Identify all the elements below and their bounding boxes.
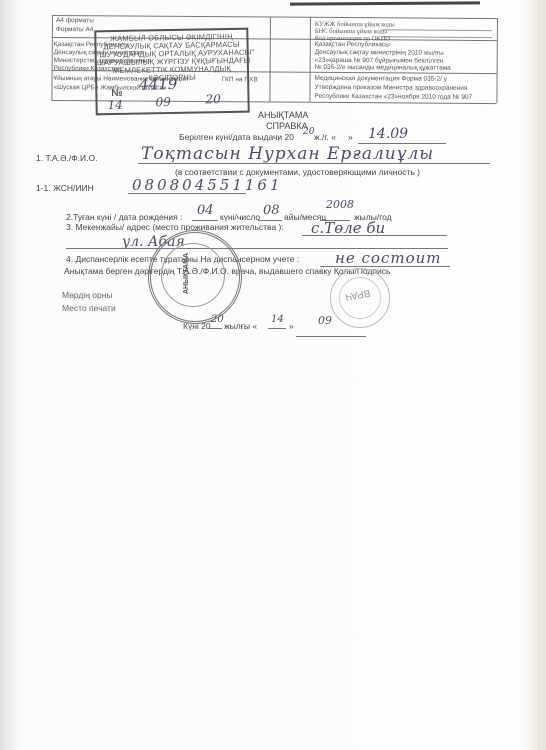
doctor-round-stamp: ВРАЧ — [330, 268, 390, 328]
format-ru: Форматы А4 — [56, 26, 94, 34]
stamp-date-month: 09 — [155, 95, 171, 109]
code-line — [382, 29, 492, 31]
format-kz: А4 форматы — [56, 17, 94, 25]
registration-stamp: ЖАМБЫЛ ОБЛЫСЫ ӘКІМДІГІНІҢ ДЕНСАУЛЫҚ САҚТ… — [94, 28, 249, 116]
dob-month-line — [258, 220, 282, 221]
stamp-number-value: 4419 — [139, 75, 177, 94]
stamp-inner-ring — [161, 243, 225, 307]
seal-place-ru: Место печати — [62, 303, 116, 313]
approval-ru-1: Утверждена приказом Министра здравоохран… — [314, 84, 467, 93]
approval-ru-2: Республики Казахстан «23»ноября 2010 год… — [314, 93, 472, 102]
table-border — [52, 15, 497, 19]
footer-year-line — [208, 328, 222, 329]
table-border — [496, 18, 498, 103]
dispensary-value: не состоит — [335, 249, 442, 267]
dob-year: 2008 — [326, 198, 354, 211]
dob-day-line — [192, 220, 218, 221]
fio-label: 1. Т.А.Ә./Ф.И.О. — [36, 153, 97, 163]
footer-month-line — [296, 336, 366, 337]
title-ru: СПРАВКА — [266, 121, 308, 131]
approval-kz-3: № 035-2/е нысанды медициналық құжаттама — [315, 64, 451, 73]
footer-date-day: 14 — [271, 314, 284, 325]
scan-edge-shadow — [290, 1, 480, 5]
scanned-page: А4 форматы Форматы А4 Қазақстан Республи… — [0, 0, 546, 750]
stamp-date-year: 20 — [205, 92, 221, 106]
approval-ru-0: Медицинская документация Форма 035-2/ у — [315, 75, 447, 84]
table-border — [309, 17, 311, 102]
dob-day-suffix: күні/число — [220, 212, 260, 222]
dob-day: 04 — [197, 203, 214, 218]
code-line — [382, 36, 492, 38]
address-line — [302, 235, 447, 236]
issue-date-label: Берілген күні/дата выдачи 20 — [179, 132, 294, 142]
footer-day-line — [268, 328, 286, 329]
stamp-date-day: 14 — [107, 98, 123, 112]
footer-date-close: » — [289, 321, 294, 331]
fio-value: Тоқтасын Нурхан Ерғалиұлы — [141, 144, 434, 164]
address-label: 3. Мекенжайы/ адрес (место проживания жи… — [66, 222, 284, 232]
fio-line — [138, 163, 490, 164]
page-edge — [538, 0, 540, 750]
issue-date-mid: » — [348, 132, 353, 142]
footer-date-month: 09 — [318, 314, 332, 327]
issue-date-suffix: ж./г. « — [314, 132, 336, 142]
stamp-center-text: АНЫҚТАМА — [183, 253, 190, 294]
footer-date-mid: жылғы « — [224, 321, 257, 331]
title-kz: АНЫҚТАМА — [258, 110, 308, 120]
seal-place-kz: Мөрдің орны — [62, 290, 113, 300]
dob-label: 2.Туған күні / дата рождения : — [66, 212, 182, 222]
iin-value: 080804551161 — [132, 176, 283, 194]
issue-date-value: 14.09 — [368, 126, 408, 142]
issue-date-year: 20 — [303, 127, 314, 137]
table-border — [269, 17, 271, 102]
institution-round-stamp: АНЫҚТАМА — [148, 230, 242, 324]
iin-line — [128, 193, 246, 194]
dob-month: 08 — [263, 203, 280, 218]
iin-label: 1-1. ЖСН/ИИН — [36, 183, 94, 193]
